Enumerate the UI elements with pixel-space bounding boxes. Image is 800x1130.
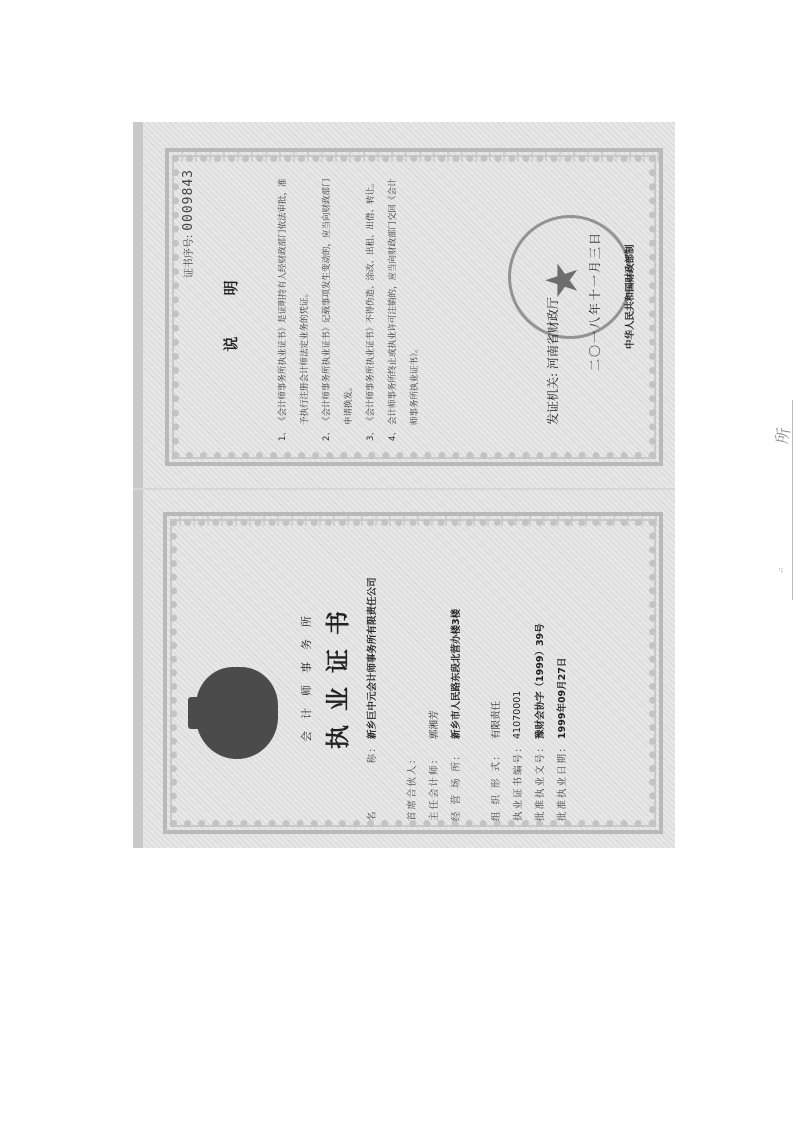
explanation-title: 说 明 <box>220 155 241 459</box>
field-approval-doc: 批准执业文号:豫财会协字（1999）39号 <box>528 351 550 821</box>
certificate-title: 执业证书 <box>318 519 353 827</box>
field-name: 名 称:新乡巨中元会计师事务所有限责任公司 <box>360 351 382 821</box>
serial-number: 证书序号:0009843 <box>180 169 196 278</box>
field-value: 有限责任 <box>488 701 502 739</box>
field-value: 1999年09月27日 <box>554 658 568 739</box>
field-label: 批准执业日期: <box>554 739 568 821</box>
issue-date: 二〇一八年十一月三日 <box>586 231 603 371</box>
field-value: 41070001 <box>512 691 523 739</box>
field-value: 豫财会协字（1999）39号 <box>532 623 546 739</box>
certificate-subtitle: 会计师事务所 <box>298 519 314 827</box>
field-chief-partner: 首席合伙人: <box>400 351 422 821</box>
field-value: 新乡巨中元会计师事务所有限责任公司 <box>364 577 378 739</box>
field-cert-number: 执业证书编号:41070001 <box>506 351 528 821</box>
field-label: 首席合伙人: <box>404 739 418 821</box>
card-spine <box>133 122 143 848</box>
field-address: 经 营 场 所:新乡市人民路东段北营办楼3楼 <box>444 351 466 821</box>
certificate-panel: 会计师事务所 执业证书 名 称:新乡巨中元会计师事务所有限责任公司 首席合伙人:… <box>170 519 656 827</box>
scan-specks: ·: <box>778 565 783 574</box>
margin-text: 所 <box>769 426 794 446</box>
note-item: 1、《会计师事务所执业证书》是证明持有人经财政部门依法审批，准予执行注册会计师法… <box>272 171 316 441</box>
official-seal: ★ <box>508 215 632 339</box>
note-item: 2、《会计师事务所执业证书》记载事项发生变动的，应当向财政部门申请换发。 <box>316 171 360 441</box>
field-label: 批准执业文号: <box>532 739 546 821</box>
note-number: 1、 <box>272 425 316 441</box>
field-value: 郭湘芳 <box>426 710 440 739</box>
field-label: 经 营 场 所: <box>448 739 462 821</box>
field-approval-date: 批准执业日期:1999年09月27日 <box>550 351 572 821</box>
field-chief-accountant: 主任会计师:郭湘芳 <box>422 351 444 821</box>
field-label: 主任会计师: <box>426 739 440 821</box>
serial-value: 0009843 <box>181 169 196 231</box>
note-number: 2、 <box>316 425 360 441</box>
field-label: 组 织 形 式: <box>488 739 502 821</box>
note-text: 《会计师事务所执业证书》是证明持有人经财政部门依法审批，准予执行注册会计师法定业… <box>272 171 316 425</box>
field-label: 执业证书编号: <box>510 739 524 821</box>
serial-label: 证书序号: <box>184 235 195 278</box>
certificate-fields: 名 称:新乡巨中元会计师事务所有限责任公司 首席合伙人: 主任会计师:郭湘芳 经… <box>360 351 572 821</box>
star-icon: ★ <box>541 261 585 300</box>
note-text: 《会计师事务所执业证书》记载事项发生变动的，应当向财政部门申请换发。 <box>316 171 360 425</box>
national-emblem-icon <box>196 667 278 759</box>
field-org-form: 组 织 形 式:有限责任 <box>484 351 506 821</box>
field-label: 名 称: <box>364 739 378 821</box>
maker: 中华人民共和国财政部制 <box>622 244 636 349</box>
field-value: 新乡市人民路东段北营办楼3楼 <box>448 609 462 739</box>
